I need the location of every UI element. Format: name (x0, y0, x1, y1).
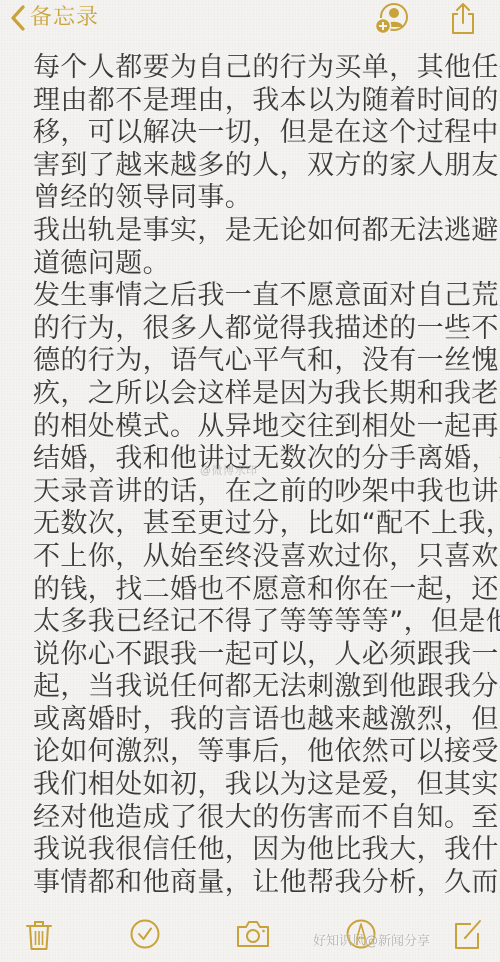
camera-icon (235, 918, 271, 950)
chevron-left-icon (10, 4, 26, 32)
note-line: 论如何激烈，等事后，他依然可以接受， (33, 736, 463, 769)
note-line: 太多我已经记不得了等等等等”，但是他都 (33, 606, 463, 639)
back-label: 备忘录 (30, 2, 99, 34)
note-line: 起，当我说任何都无法刺激到他跟我分手 (33, 671, 463, 704)
note-line: 每个人都要为自己的行为买单，其他任何 (33, 52, 463, 85)
watermark-center: @微博水印 (200, 462, 258, 478)
note-line: 我出轨是事实，是无论如何都无法逃避的 (33, 215, 463, 248)
note-line: 发生事情之后我一直不愿意面对自己荒唐 (33, 280, 463, 313)
compose-button[interactable] (451, 918, 485, 952)
compose-icon (451, 918, 485, 952)
note-line: 的相处模式。从异地交往到相处一起再到 (33, 411, 463, 444)
note-line: 的行为，很多人都觉得我描述的一些不道 (33, 313, 463, 346)
note-line: 害到了越来越多的人，双方的家人朋友， (33, 150, 463, 183)
note-line: 或离婚时，我的言语也越来越激烈，但无 (33, 704, 463, 737)
add-person-icon (372, 2, 412, 36)
note-line: 移，可以解决一切，但是在这个过程中伤 (33, 117, 463, 150)
note-line: 的钱，找二婚也不愿意和你在一起，还有 (33, 574, 463, 607)
note-line: 理由都不是理由，我本以为随着时间的推 (33, 85, 463, 118)
note-line: 疚，之所以会这样是因为我长期和我老公 (33, 378, 463, 411)
note-line: 不上你，从始至终没喜欢过你，只喜欢你 (33, 541, 463, 574)
note-line: 我们相处如初，我以为这是爱，但其实已 (33, 769, 463, 802)
back-button[interactable]: 备忘录 (10, 2, 99, 34)
watermark-bottom: 好知识风@新闻分享 (313, 930, 430, 949)
note-line: 曾经的领导同事。 (33, 182, 463, 215)
share-icon (448, 2, 478, 36)
note-line: 道德问题。 (33, 248, 463, 281)
checklist-button[interactable] (129, 918, 161, 950)
note-line: 经对他造成了很大的伤害而不自知。至于 (33, 802, 463, 835)
note-line: 德的行为，语气心平气和，没有一丝愧 (33, 345, 463, 378)
trash-icon (24, 918, 54, 952)
note-line: 无数次，甚至更过分，比如“配不上我，看 (33, 508, 463, 541)
note-line: 说你心不跟我一起可以，人必须跟我一 (33, 639, 463, 672)
note-line: 天录音讲的话，在之前的吵架中我也讲过 (33, 476, 463, 509)
share-button[interactable] (448, 2, 478, 36)
note-line: 我说我很信任他，因为他比我大，我什么 (33, 834, 463, 867)
add-person-button[interactable] (372, 2, 412, 36)
delete-button[interactable] (24, 918, 54, 952)
note-line: 事情都和他商量，让他帮我分析，久而久 (33, 867, 463, 900)
camera-button[interactable] (235, 918, 271, 950)
checklist-icon (129, 918, 161, 950)
navigation-bar: 备忘录 (0, 0, 500, 40)
